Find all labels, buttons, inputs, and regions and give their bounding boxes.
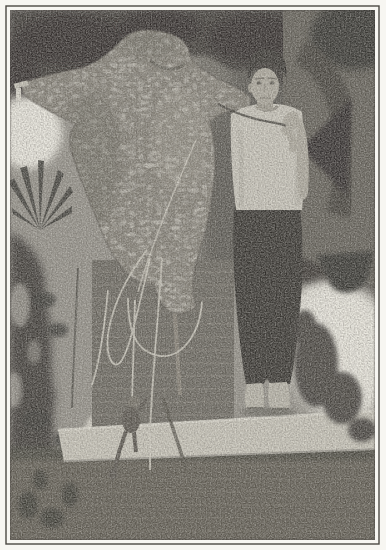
photo-area <box>0 0 386 540</box>
grain-dark-overlay <box>10 10 375 540</box>
halftone-photo: A young man in a sleeveless undershirt a… <box>0 0 386 550</box>
photograph-page: A young man in a sleeveless undershirt a… <box>0 0 386 550</box>
